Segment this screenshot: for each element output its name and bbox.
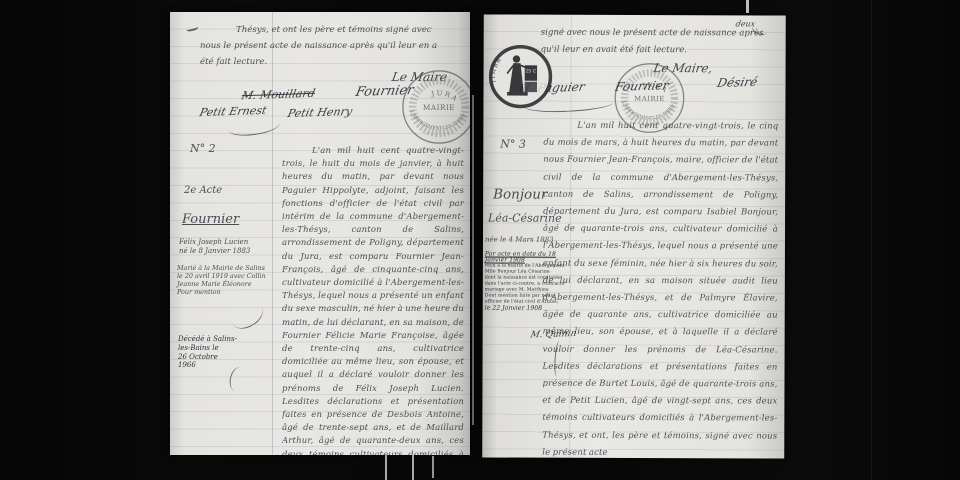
- signature-witness: Désiré: [716, 75, 759, 90]
- register-scan: Thésys, et ont les père et témoins signé…: [0, 0, 960, 480]
- act-number: N° 3: [500, 138, 526, 152]
- act-2-body: L'an mil huit cent quatre-vingt-trois, l…: [282, 145, 464, 455]
- scan-streak: [432, 456, 434, 478]
- timbre-stamp-icon: TIMBRE 25 C: [486, 42, 554, 110]
- act-label: 2e Acte: [184, 185, 222, 198]
- act-3-body: L'an mil huit cent quatre-vingt-trois, l…: [542, 118, 778, 459]
- left-page: Thésys, et ont les père et témoins signé…: [170, 12, 470, 455]
- margin-name: Bonjour: [493, 187, 547, 204]
- scan-streak: [385, 455, 387, 480]
- act-continuation-text: signé avec nous le présent acte de naiss…: [541, 25, 771, 60]
- scan-streak: [412, 455, 414, 480]
- mairie-stamp-icon: JURA MAIRIE L'ABERGEMENT-LES-THÉSY: [400, 68, 470, 146]
- scan-faint-line: [871, 0, 872, 480]
- signature-crossed: M. Mouillard: [240, 87, 316, 103]
- act-number: N° 2: [190, 142, 216, 156]
- signature-witness2: Petit Henry: [286, 105, 353, 120]
- act-continuation-text: Thésys, et ont les père et témoins signé…: [200, 22, 448, 70]
- stamp-center-text: MAIRIE: [423, 103, 455, 112]
- gutter-page-edge: [472, 95, 474, 425]
- stamp-center-text: MAIRIE: [634, 95, 665, 103]
- right-page: deux signé avec nous le présent acte de …: [482, 14, 786, 458]
- timbre-value-text: 25 C: [525, 68, 537, 74]
- margin-name: Fournier: [182, 212, 239, 228]
- margin-death-note: Décédé à Salins- les-Bains le 26 Octobre…: [178, 335, 237, 370]
- scan-tick: [746, 0, 749, 13]
- margin-rule: [272, 12, 273, 455]
- margin-marriage-note: Marié à la Mairie de Salins le 20 avril …: [177, 264, 266, 296]
- margin-birth-note: Félix Joseph Lucien né le 8 Janvier 1883: [179, 238, 250, 256]
